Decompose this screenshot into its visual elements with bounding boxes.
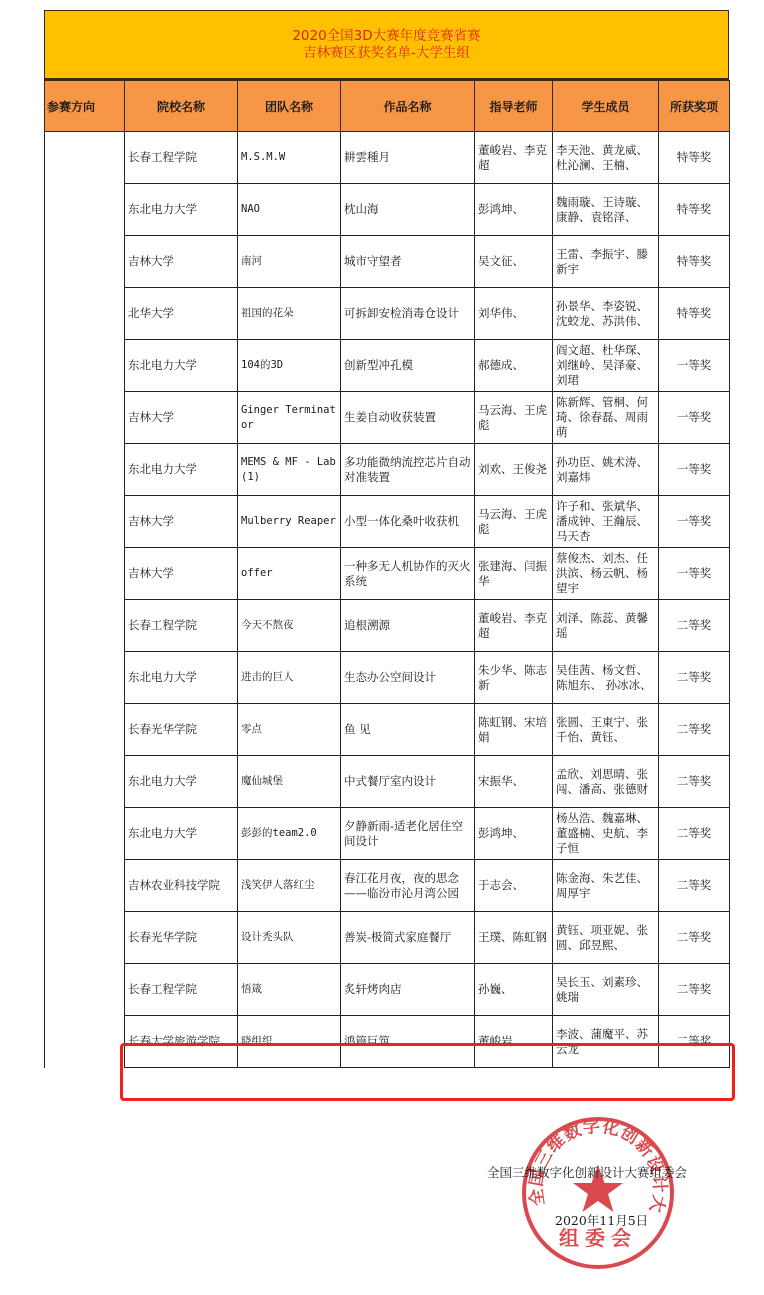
advisor-cell: 王璞、陈虹钢 (475, 912, 553, 964)
advisor-cell: 彭鸿坤、 (475, 184, 553, 236)
members-cell: 吴佳茜、杨文哲、陈旭东、 孙冰冰、 (553, 652, 659, 704)
advisor-cell: 宋振华、 (475, 756, 553, 808)
school-cell: 吉林农业科技学院 (125, 860, 238, 912)
table-row: 长春光华学院设计秃头队善炭-极简式家庭餐厅王璞、陈虹钢黄钰、项亚妮、张圆、邱昱熙… (45, 912, 730, 964)
team-cell: 浅笑伊人落红尘 (238, 860, 341, 912)
members-cell: 李波、蒲魔平、苏云龙 (553, 1016, 659, 1068)
work-cell: 炙轩烤肉店 (341, 964, 475, 1016)
table-row: 吉林大学Mulberry Reaper小型一体化桑叶收获机马云海、王虎彪许子和、… (45, 496, 730, 548)
advisor-cell: 刘欢、王俊尧 (475, 444, 553, 496)
members-cell: 陈新辉、管桐、何琦、徐春磊、周雨萌 (553, 392, 659, 444)
team-cell: 魔仙城堡 (238, 756, 341, 808)
award-cell: 特等奖 (659, 236, 730, 288)
table-row: 长春工程学院悟箴炙轩烤肉店孙巍、吴长玉、刘素珍、姚瑞二等奖 (45, 964, 730, 1016)
direction-cell (45, 132, 125, 184)
award-cell: 二等奖 (659, 912, 730, 964)
table-row: 东北电力大学彭彭的team2.0夕静新雨-适老化居住空间设计彭鸿坤、杨丛浩、魏嘉… (45, 808, 730, 860)
work-cell: 耕雲種月 (341, 132, 475, 184)
work-cell: 鸿篇巨筑 (341, 1016, 475, 1068)
award-cell: 二等奖 (659, 860, 730, 912)
members-cell: 蔡俊杰、刘杰、任洪滨、杨云帆、杨望宇 (553, 548, 659, 600)
members-cell: 阎文超、杜华琛、刘继岭、吴泽豪、刘珺 (553, 340, 659, 392)
team-cell: offer (238, 548, 341, 600)
members-cell: 张圆、王東宁、张千怡、黄钰、 (553, 704, 659, 756)
direction-cell (45, 1016, 125, 1068)
team-cell: 彭彭的team2.0 (238, 808, 341, 860)
team-cell: NAO (238, 184, 341, 236)
school-cell: 北华大学 (125, 288, 238, 340)
award-cell: 二等奖 (659, 756, 730, 808)
members-cell: 许子和、张斌华、潘成钟、王瀚辰、马天杏 (553, 496, 659, 548)
direction-cell (45, 444, 125, 496)
table-row: 长春大学旅游学院晓组织鸿篇巨筑董峻岩、李波、蒲魔平、苏云龙二等奖 (45, 1016, 730, 1068)
work-cell: 中式餐厅室内设计 (341, 756, 475, 808)
award-cell: 二等奖 (659, 652, 730, 704)
title-band: 2020全国3D大赛年度竞赛省赛 吉林赛区获奖名单-大学生组 (44, 10, 729, 80)
school-cell: 吉林大学 (125, 392, 238, 444)
direction-cell (45, 964, 125, 1016)
table-row: 吉林大学Ginger Terminator生姜自动收获装置马云海、王虎彪陈新辉、… (45, 392, 730, 444)
school-cell: 吉林大学 (125, 496, 238, 548)
advisor-cell: 于志会、 (475, 860, 553, 912)
members-cell: 陈金海、朱艺佳、周厚宇 (553, 860, 659, 912)
members-cell: 杨丛浩、魏嘉琳、董盛楠、史航、李子恒 (553, 808, 659, 860)
table-row: 吉林大学offer一种多无人机协作的灭火系统张建海、闫振华蔡俊杰、刘杰、任洪滨、… (45, 548, 730, 600)
advisor-cell: 孙巍、 (475, 964, 553, 1016)
col-header-school: 院校名称 (125, 81, 238, 132)
work-cell: 生态办公空间设计 (341, 652, 475, 704)
work-cell: 春江花月夜，夜的思念——临汾市沁月湾公园 (341, 860, 475, 912)
award-cell: 特等奖 (659, 132, 730, 184)
direction-cell (45, 340, 125, 392)
table-row: 长春工程学院M.S.M.W耕雲種月董峻岩、李克超李天池、黄龙威、杜沁澜、王楠、特… (45, 132, 730, 184)
direction-cell (45, 548, 125, 600)
direction-cell (45, 600, 125, 652)
members-cell: 孙功臣、姚术涛、刘嘉炜 (553, 444, 659, 496)
col-header-direction: 参赛方向 (45, 81, 125, 132)
work-cell: 善炭-极简式家庭餐厅 (341, 912, 475, 964)
title-line-1: 2020全国3D大赛年度竞赛省赛 (292, 28, 480, 45)
advisor-cell: 陈虹钢、宋培娟 (475, 704, 553, 756)
members-cell: 孙景华、李姿锐、沈蛟龙、苏洪伟、 (553, 288, 659, 340)
school-cell: 吉林大学 (125, 236, 238, 288)
school-cell: 长春光华学院 (125, 704, 238, 756)
table-body: 长春工程学院M.S.M.W耕雲種月董峻岩、李克超李天池、黄龙威、杜沁澜、王楠、特… (45, 132, 730, 1068)
table-row: 东北电力大学MEMS & MF - Lab(1)多功能微纳流控芯片自动对准装置刘… (45, 444, 730, 496)
table-row: 东北电力大学104的3D创新型冲孔模郝德成、阎文超、杜华琛、刘继岭、吴泽豪、刘珺… (45, 340, 730, 392)
direction-cell (45, 236, 125, 288)
work-cell: 可拆卸安检消毒仓设计 (341, 288, 475, 340)
work-cell: 多功能微纳流控芯片自动对准装置 (341, 444, 475, 496)
team-cell: M.S.M.W (238, 132, 341, 184)
work-cell: 枕山海 (341, 184, 475, 236)
school-cell: 长春工程学院 (125, 600, 238, 652)
members-cell: 魏雨璇、王诗璇、康静、袁铭泽、 (553, 184, 659, 236)
table-row: 东北电力大学NAO枕山海彭鸿坤、魏雨璇、王诗璇、康静、袁铭泽、特等奖 (45, 184, 730, 236)
advisor-cell: 董峻岩、李克超 (475, 132, 553, 184)
table-row: 长春工程学院今天不熬夜追根溯源董峻岩、李克超刘泽、陈蕊、黄馨瑶二等奖 (45, 600, 730, 652)
team-cell: 悟箴 (238, 964, 341, 1016)
work-cell: 一种多无人机协作的灭火系统 (341, 548, 475, 600)
team-cell: 104的3D (238, 340, 341, 392)
official-seal-icon: 全国三维数字化创新设计大赛 组委会 (518, 1113, 678, 1273)
direction-cell (45, 860, 125, 912)
school-cell: 长春光华学院 (125, 912, 238, 964)
award-cell: 一等奖 (659, 392, 730, 444)
header-row: 参赛方向 院校名称 团队名称 作品名称 指导老师 学生成员 所获奖项 (45, 81, 730, 132)
members-cell: 黄钰、项亚妮、张圆、邱昱熙、 (553, 912, 659, 964)
table-row: 吉林农业科技学院浅笑伊人落红尘春江花月夜，夜的思念——临汾市沁月湾公园于志会、陈… (45, 860, 730, 912)
advisor-cell: 郝德成、 (475, 340, 553, 392)
advisor-cell: 刘华伟、 (475, 288, 553, 340)
direction-cell (45, 392, 125, 444)
team-cell: 零点 (238, 704, 341, 756)
school-cell: 吉林大学 (125, 548, 238, 600)
advisor-cell: 马云海、王虎彪 (475, 496, 553, 548)
members-cell: 刘泽、陈蕊、黄馨瑶 (553, 600, 659, 652)
advisor-cell: 吴文征、 (475, 236, 553, 288)
award-cell: 特等奖 (659, 288, 730, 340)
award-cell: 二等奖 (659, 1016, 730, 1068)
col-header-award: 所获奖项 (659, 81, 730, 132)
members-cell: 王雷、李振宇、滕新宇 (553, 236, 659, 288)
team-cell: 南河 (238, 236, 341, 288)
school-cell: 东北电力大学 (125, 340, 238, 392)
direction-cell (45, 808, 125, 860)
work-cell: 鱼 见 (341, 704, 475, 756)
direction-cell (45, 912, 125, 964)
school-cell: 长春工程学院 (125, 132, 238, 184)
school-cell: 长春工程学院 (125, 964, 238, 1016)
table-row: 吉林大学南河城市守望者吴文征、王雷、李振宇、滕新宇特等奖 (45, 236, 730, 288)
advisor-cell: 彭鸿坤、 (475, 808, 553, 860)
work-cell: 生姜自动收获装置 (341, 392, 475, 444)
team-cell: 进击的巨人 (238, 652, 341, 704)
table-row: 东北电力大学进击的巨人生态办公空间设计朱少华、陈志新吴佳茜、杨文哲、陈旭东、 孙… (45, 652, 730, 704)
work-cell: 追根溯源 (341, 600, 475, 652)
award-cell: 二等奖 (659, 964, 730, 1016)
advisor-cell: 张建海、闫振华 (475, 548, 553, 600)
school-cell: 东北电力大学 (125, 444, 238, 496)
advisor-cell: 董峻岩、李克超 (475, 600, 553, 652)
awards-table: 参赛方向 院校名称 团队名称 作品名称 指导老师 学生成员 所获奖项 长春工程学… (44, 80, 730, 1068)
team-cell: MEMS & MF - Lab(1) (238, 444, 341, 496)
table-row: 北华大学祖国的花朵可拆卸安检消毒仓设计刘华伟、孙景华、李姿锐、沈蛟龙、苏洪伟、特… (45, 288, 730, 340)
advisor-cell: 董峻岩、 (475, 1016, 553, 1068)
direction-cell (45, 496, 125, 548)
work-cell: 创新型冲孔模 (341, 340, 475, 392)
seal-center-text: 组委会 (559, 1226, 637, 1250)
work-cell: 小型一体化桑叶收获机 (341, 496, 475, 548)
team-cell: Ginger Terminator (238, 392, 341, 444)
col-header-members: 学生成员 (553, 81, 659, 132)
award-cell: 二等奖 (659, 704, 730, 756)
direction-cell (45, 288, 125, 340)
members-cell: 吴长玉、刘素珍、姚瑞 (553, 964, 659, 1016)
work-cell: 城市守望者 (341, 236, 475, 288)
direction-cell (45, 652, 125, 704)
school-cell: 长春大学旅游学院 (125, 1016, 238, 1068)
school-cell: 东北电力大学 (125, 184, 238, 236)
members-cell: 李天池、黄龙威、杜沁澜、王楠、 (553, 132, 659, 184)
col-header-team: 团队名称 (238, 81, 341, 132)
team-cell: 设计秃头队 (238, 912, 341, 964)
work-cell: 夕静新雨-适老化居住空间设计 (341, 808, 475, 860)
direction-cell (45, 756, 125, 808)
footer-date: 2020年11月5日 (555, 1211, 648, 1229)
award-cell: 一等奖 (659, 340, 730, 392)
award-list-sheet: 2020全国3D大赛年度竞赛省赛 吉林赛区获奖名单-大学生组 参赛方向 院校名称… (44, 10, 729, 1068)
direction-cell (45, 704, 125, 756)
team-cell: 晓组织 (238, 1016, 341, 1068)
members-cell: 孟欣、刘思晴、张闯、潘高、张德财 (553, 756, 659, 808)
award-cell: 特等奖 (659, 184, 730, 236)
team-cell: 祖国的花朵 (238, 288, 341, 340)
table-row: 长春光华学院零点鱼 见陈虹钢、宋培娟张圆、王東宁、张千怡、黄钰、二等奖 (45, 704, 730, 756)
table-row: 东北电力大学魔仙城堡中式餐厅室内设计宋振华、孟欣、刘思晴、张闯、潘高、张德财二等… (45, 756, 730, 808)
team-cell: Mulberry Reaper (238, 496, 341, 548)
school-cell: 东北电力大学 (125, 808, 238, 860)
award-cell: 一等奖 (659, 496, 730, 548)
school-cell: 东北电力大学 (125, 756, 238, 808)
award-cell: 二等奖 (659, 600, 730, 652)
direction-cell (45, 184, 125, 236)
col-header-advisor: 指导老师 (475, 81, 553, 132)
advisor-cell: 朱少华、陈志新 (475, 652, 553, 704)
advisor-cell: 马云海、王虎彪 (475, 392, 553, 444)
award-cell: 二等奖 (659, 808, 730, 860)
team-cell: 今天不熬夜 (238, 600, 341, 652)
footer-organizer: 全国三维数字化创新设计大赛组委会 (487, 1163, 687, 1181)
school-cell: 东北电力大学 (125, 652, 238, 704)
col-header-work: 作品名称 (341, 81, 475, 132)
award-cell: 一等奖 (659, 548, 730, 600)
award-cell: 一等奖 (659, 444, 730, 496)
title-line-2: 吉林赛区获奖名单-大学生组 (303, 45, 470, 62)
